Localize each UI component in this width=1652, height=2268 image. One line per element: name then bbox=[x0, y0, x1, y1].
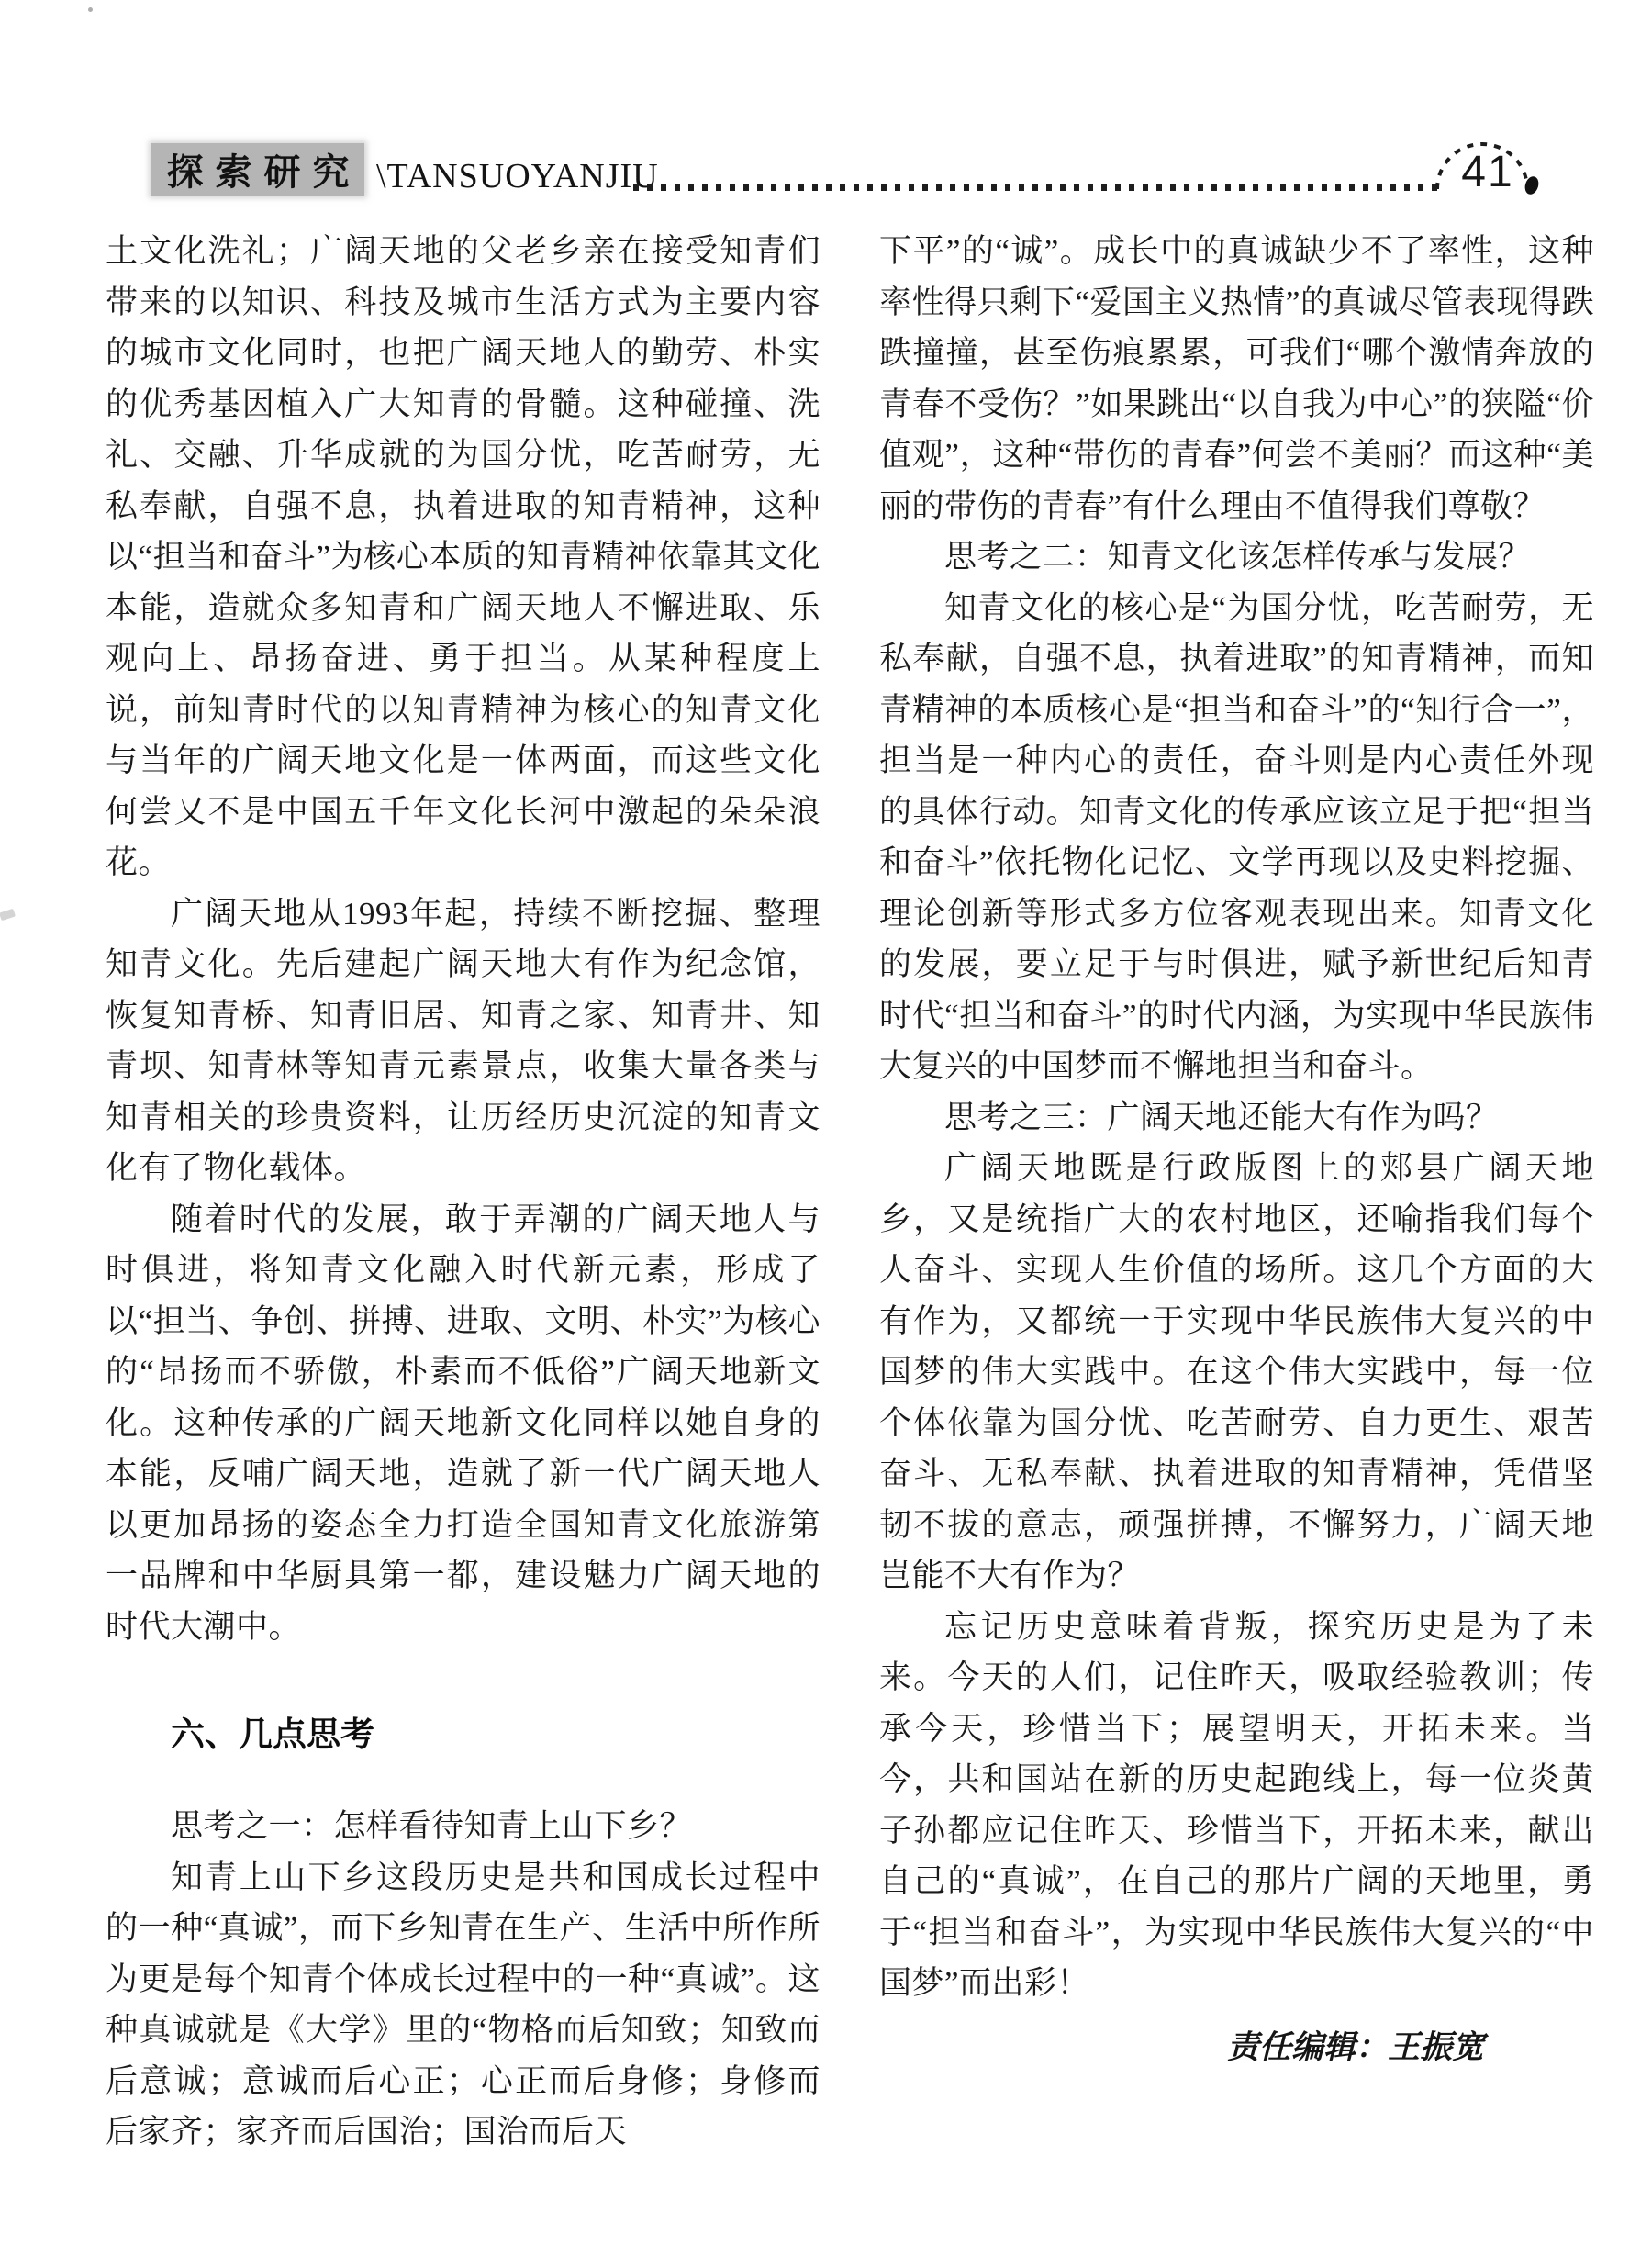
paragraph: 下平”的“诚”。成长中的真诚缺少不了率性，这种率性得只剩下“爱国主义热情”的真诚… bbox=[879, 226, 1594, 531]
page-header: 探索研究 \TANSUOYANJIU 41 bbox=[0, 0, 1652, 226]
page-number: 41 bbox=[1456, 147, 1520, 197]
paragraph: 随着时代的发展，敢于弄潮的广阔天地人与时俱进，将知青文化融入时代新元素，形成了以… bbox=[106, 1194, 820, 1653]
paragraph: 思考之一：怎样看待知青上山下乡？ bbox=[106, 1801, 820, 1852]
section-pinyin: \TANSUOYANJIU bbox=[376, 156, 659, 196]
scan-edge-mark bbox=[0, 909, 16, 922]
section-heading: 六、几点思考 bbox=[106, 1709, 820, 1760]
paragraph: 广阔天地从1993年起，持续不断挖掘、整理知青文化。先后建起广阔天地大有作为纪念… bbox=[106, 888, 820, 1194]
article-body: 土文化洗礼；广阔天地的父老乡亲在接受知青们带来的以知识、科技及城市生活方式为主要… bbox=[106, 226, 1594, 2158]
editor-credit: 责任编辑：王振宽 bbox=[879, 2022, 1594, 2072]
paragraph: 思考之三：广阔天地还能大有作为吗？ bbox=[879, 1092, 1594, 1144]
left-column: 土文化洗礼；广阔天地的父老乡亲在接受知青们带来的以知识、科技及城市生活方式为主要… bbox=[106, 226, 820, 2158]
section-title: 探索研究 bbox=[155, 143, 362, 196]
paragraph: 知青文化的核心是“为国分忧，吃苦耐劳，无私奉献，自强不息，执着进取”的知青精神，… bbox=[879, 583, 1594, 1092]
dotted-leader bbox=[633, 184, 1439, 191]
scan-speck bbox=[88, 7, 93, 12]
page-number-badge: 41 bbox=[1428, 128, 1566, 202]
magazine-page: 探索研究 \TANSUOYANJIU 41 土文化洗礼；广阔天地的父老乡亲在接受… bbox=[0, 0, 1652, 2268]
paragraph: 广阔天地既是行政版图上的郏县广阔天地乡，又是统指广大的农村地区，还喻指我们每个人… bbox=[879, 1143, 1594, 1602]
right-column: 下平”的“诚”。成长中的真诚缺少不了率性，这种率性得只剩下“爱国主义热情”的真诚… bbox=[879, 226, 1594, 2158]
paragraph: 思考之二：知青文化该怎样传承与发展？ bbox=[879, 531, 1594, 583]
paragraph: 知青上山下乡这段历史是共和国成长过程中的一种“真诚”，而下乡知青在生产、生活中所… bbox=[106, 1852, 820, 2158]
paragraph: 土文化洗礼；广阔天地的父老乡亲在接受知青们带来的以知识、科技及城市生活方式为主要… bbox=[106, 226, 820, 888]
section-title-box: 探索研究 bbox=[151, 143, 364, 196]
paragraph: 忘记历史意味着背叛，探究历史是为了未来。今天的人们，记住昨天，吸取经验教训；传承… bbox=[879, 1602, 1594, 2009]
